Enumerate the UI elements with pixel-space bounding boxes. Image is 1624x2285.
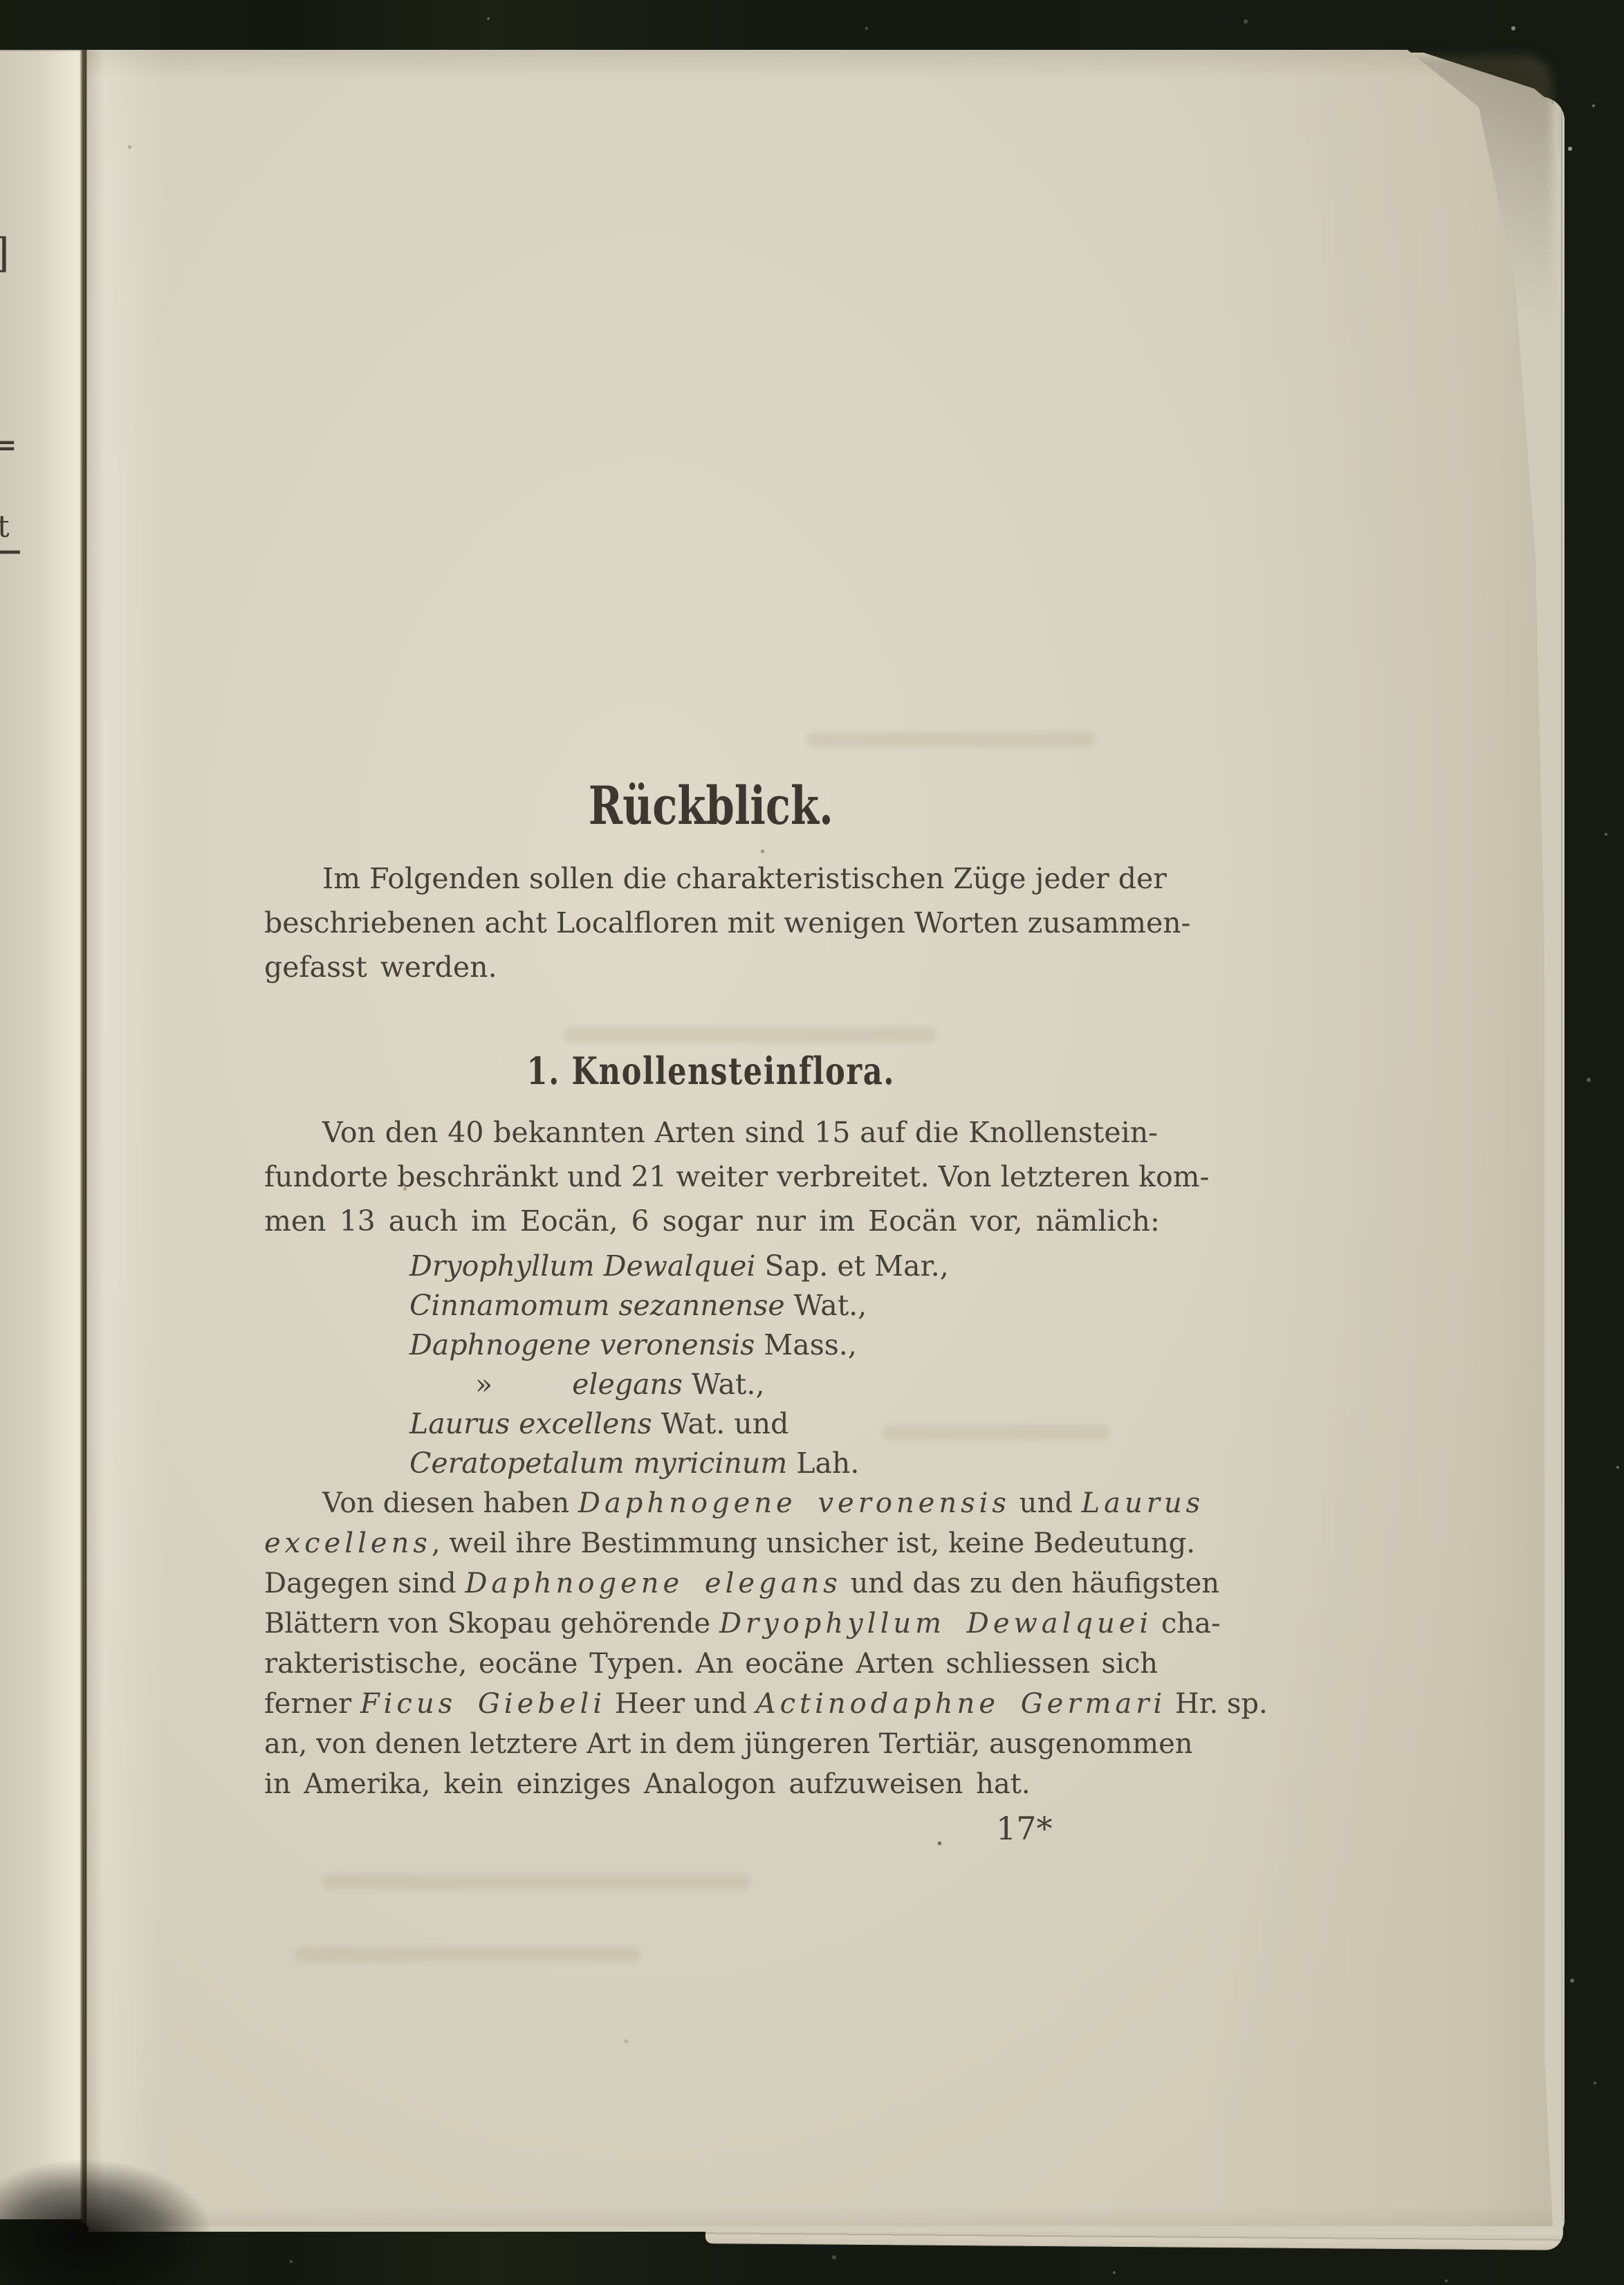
text-line: Daphnogene veronensis Mass., (264, 1325, 1158, 1365)
text-segment: rakteristische, eocäne Typen. An eocäne … (264, 1648, 1158, 1680)
text-line: fundorte beschränkt und 21 weiter verbre… (264, 1155, 1158, 1199)
text-segment: Wat. und (652, 1407, 789, 1440)
text-segment: men 13 auch im Eocän, 6 sogar nur im Eoc… (264, 1204, 1160, 1238)
text-segment: Heer und (606, 1688, 756, 1720)
text-line: gefasst werden. (264, 945, 1158, 989)
text-segment: Sap. et Mar., (756, 1249, 949, 1283)
cutoff-glyph: ] (0, 230, 10, 277)
book-gutter (80, 50, 88, 2223)
cutoff-glyph: = (0, 429, 16, 461)
species-name: Ficus Giebeli (360, 1688, 606, 1720)
text-segment: cha- (1152, 1608, 1220, 1640)
page-title: Rückblick. (264, 778, 1158, 834)
text-line: Im Folgenden sollen die charakteristisch… (264, 856, 1158, 901)
text-segment: und (1011, 1487, 1082, 1519)
section-heading: 1. Knollensteinflora. (264, 1050, 1158, 1092)
dust-specks (0, 0, 1, 1)
section-heading-text: 1. Knollensteinflora. (527, 1050, 895, 1092)
species-name: Dryophyllum Dewalquei (719, 1608, 1152, 1640)
text-segment: an, von denen letztere Art in dem jünger… (264, 1728, 1193, 1760)
text-segment: Mass., (755, 1328, 857, 1361)
species-name: Laurus (1082, 1487, 1205, 1519)
text-segment: Wat., (683, 1368, 765, 1401)
species-name: Dryophyllum Dewalquei (409, 1249, 756, 1283)
text-line: ferner Ficus Giebeli Heer und Actinodaph… (264, 1684, 1158, 1724)
text-line: men 13 auch im Eocän, 6 sogar nur im Eoc… (264, 1199, 1158, 1243)
page-title-text: Rückblick. (589, 778, 833, 834)
text-segment: ferner (264, 1688, 360, 1720)
species-name: Ceratopetalum myricinum (409, 1447, 787, 1480)
text-segment: beschriebenen acht Localfloren mit wenig… (264, 906, 1191, 939)
species-name: Daphnogene veronensis (578, 1487, 1011, 1519)
text-segment: fundorte beschränkt und 21 weiter verbre… (264, 1160, 1209, 1193)
species-name: Daphnogene veronensis (409, 1328, 755, 1361)
text-segment: Dagegen sind (264, 1568, 465, 1599)
section-paragraph: Von den 40 bekannten Arten sind 15 auf d… (264, 1110, 1158, 1243)
species-name: elegans (572, 1368, 683, 1401)
signature-mark: 17* (996, 1811, 1053, 1846)
intro-paragraph: Im Folgenden sollen die charakteristisch… (264, 856, 1158, 989)
text-segment: Blättern von Skopau gehörende (264, 1608, 719, 1640)
text-segment: Von diesen haben (322, 1487, 578, 1519)
text-line: Laurus excellens Wat. und (264, 1404, 1158, 1444)
book-scan-scene: ]=t— Rückblick. Im Folgenden sollen die … (0, 0, 1624, 2285)
text-line: Ceratopetalum myricinum Lah. (264, 1444, 1158, 1483)
discussion-paragraph: Von diesen haben Daphnogene veronensis u… (264, 1483, 1158, 1804)
text-line: Dagegen sind Daphnogene elegans und das … (264, 1563, 1158, 1604)
text-segment: Im Folgenden sollen die charakteristisch… (322, 862, 1167, 895)
species-list: Dryophyllum Dewalquei Sap. et Mar.,Cinna… (264, 1247, 1158, 1483)
text-segment: Von den 40 bekannten Arten sind 15 auf d… (322, 1116, 1158, 1149)
text-line: Blättern von Skopau gehörende Dryophyllu… (264, 1604, 1158, 1644)
text-line: beschriebenen acht Localfloren mit wenig… (264, 901, 1158, 945)
species-name: Cinnamomum sezannense (409, 1289, 785, 1322)
text-segment: » (475, 1368, 492, 1401)
text-line: Cinnamomum sezannense Wat., (264, 1286, 1158, 1325)
species-name: Laurus excellens (409, 1407, 652, 1440)
text-line: Dryophyllum Dewalquei Sap. et Mar., (264, 1247, 1158, 1286)
facing-page-edge: ]=t— (0, 50, 83, 2219)
text-segment: und das zu den häufigsten (842, 1568, 1219, 1599)
text-block: Rückblick. Im Folgenden sollen die chara… (264, 50, 1158, 2226)
text-line: »elegans Wat., (264, 1365, 1158, 1404)
text-segment: Wat., (785, 1289, 867, 1322)
text-line: Von den 40 bekannten Arten sind 15 auf d… (264, 1110, 1158, 1155)
cutoff-glyph: — (0, 534, 21, 567)
text-segment: Hr. sp. (1166, 1688, 1268, 1720)
species-name: excellens (264, 1527, 432, 1559)
text-segment: gefasst werden. (264, 951, 497, 984)
text-segment: , weil ihre Bestimmung unsicher ist, kei… (432, 1527, 1195, 1559)
text-line: rakteristische, eocäne Typen. An eocäne … (264, 1644, 1158, 1684)
species-name: Daphnogene elegans (465, 1568, 841, 1599)
text-line: excellens, weil ihre Bestimmung unsicher… (264, 1523, 1158, 1563)
text-segment: Lah. (787, 1447, 859, 1480)
gutter-bottom-shadow (0, 2158, 214, 2285)
text-segment: in Amerika, kein einziges Analogon aufzu… (264, 1768, 1031, 1800)
text-line: Von diesen haben Daphnogene veronensis u… (264, 1483, 1158, 1523)
scanned-page: Rückblick. Im Folgenden sollen die chara… (86, 50, 1555, 2226)
text-line: in Amerika, kein einziges Analogon aufzu… (264, 1764, 1158, 1804)
text-line: an, von denen letztere Art in dem jünger… (264, 1724, 1158, 1764)
species-name: Actinodaphne Germari (756, 1688, 1166, 1720)
